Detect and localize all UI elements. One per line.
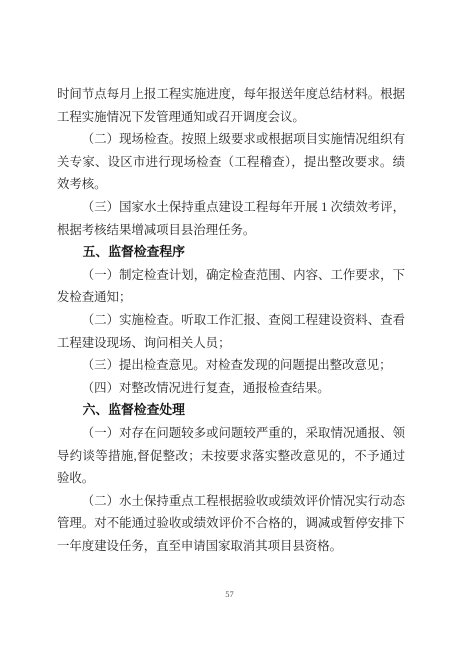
paragraph-dynamic-management: （二）水土保持重点工程根据验收或绩效评价情况实行动态管理。对不能通过验收或绩效评… (57, 490, 405, 558)
paragraph-inspection-opinions: （三）提出检查意见。对检查发现的问题提出整改意见； (57, 354, 405, 377)
paragraph-recheck-report: （四）对整改情况进行复查，通报检查结果。 (57, 377, 405, 400)
paragraph-inspection-plan: （一）制定检查计划，确定检查范围、内容、工作要求，下发检查通知； (57, 264, 405, 309)
paragraph-onsite-inspection: （二）现场检查。按照上级要求或根据项目实施情况组织有关专家、设区市进行现场检查（… (57, 128, 405, 196)
document-page: 时间节点每月上报工程实施进度，每年报送年度总结材料。根据工程实施情况下发管理通知… (0, 0, 459, 650)
paragraph-implement-inspection: （二）实施检查。听取工作汇报、查阅工程建设资料、查看工程建设现场、询问相关人员； (57, 309, 405, 354)
paragraph-problem-handling: （一）对存在问题较多或问题较严重的，采取情况通报、领导约谈等措施,督促整改；未按… (57, 422, 405, 490)
heading-supervision-inspection-handling: 六、监督检查处理 (57, 399, 405, 422)
paragraph-annual-performance-review: （三）国家水土保持重点建设工程每年开展 1 次绩效考评，根据考核结果增减项目县治… (57, 196, 405, 241)
paragraph-continuation: 时间节点每月上报工程实施进度，每年报送年度总结材料。根据工程实施情况下发管理通知… (57, 83, 405, 128)
text-block: 时间节点每月上报工程实施进度，每年报送年度总结材料。根据工程实施情况下发管理通知… (57, 83, 405, 557)
heading-supervision-inspection-procedure: 五、监督检查程序 (57, 241, 405, 264)
page-number: 57 (0, 589, 459, 599)
